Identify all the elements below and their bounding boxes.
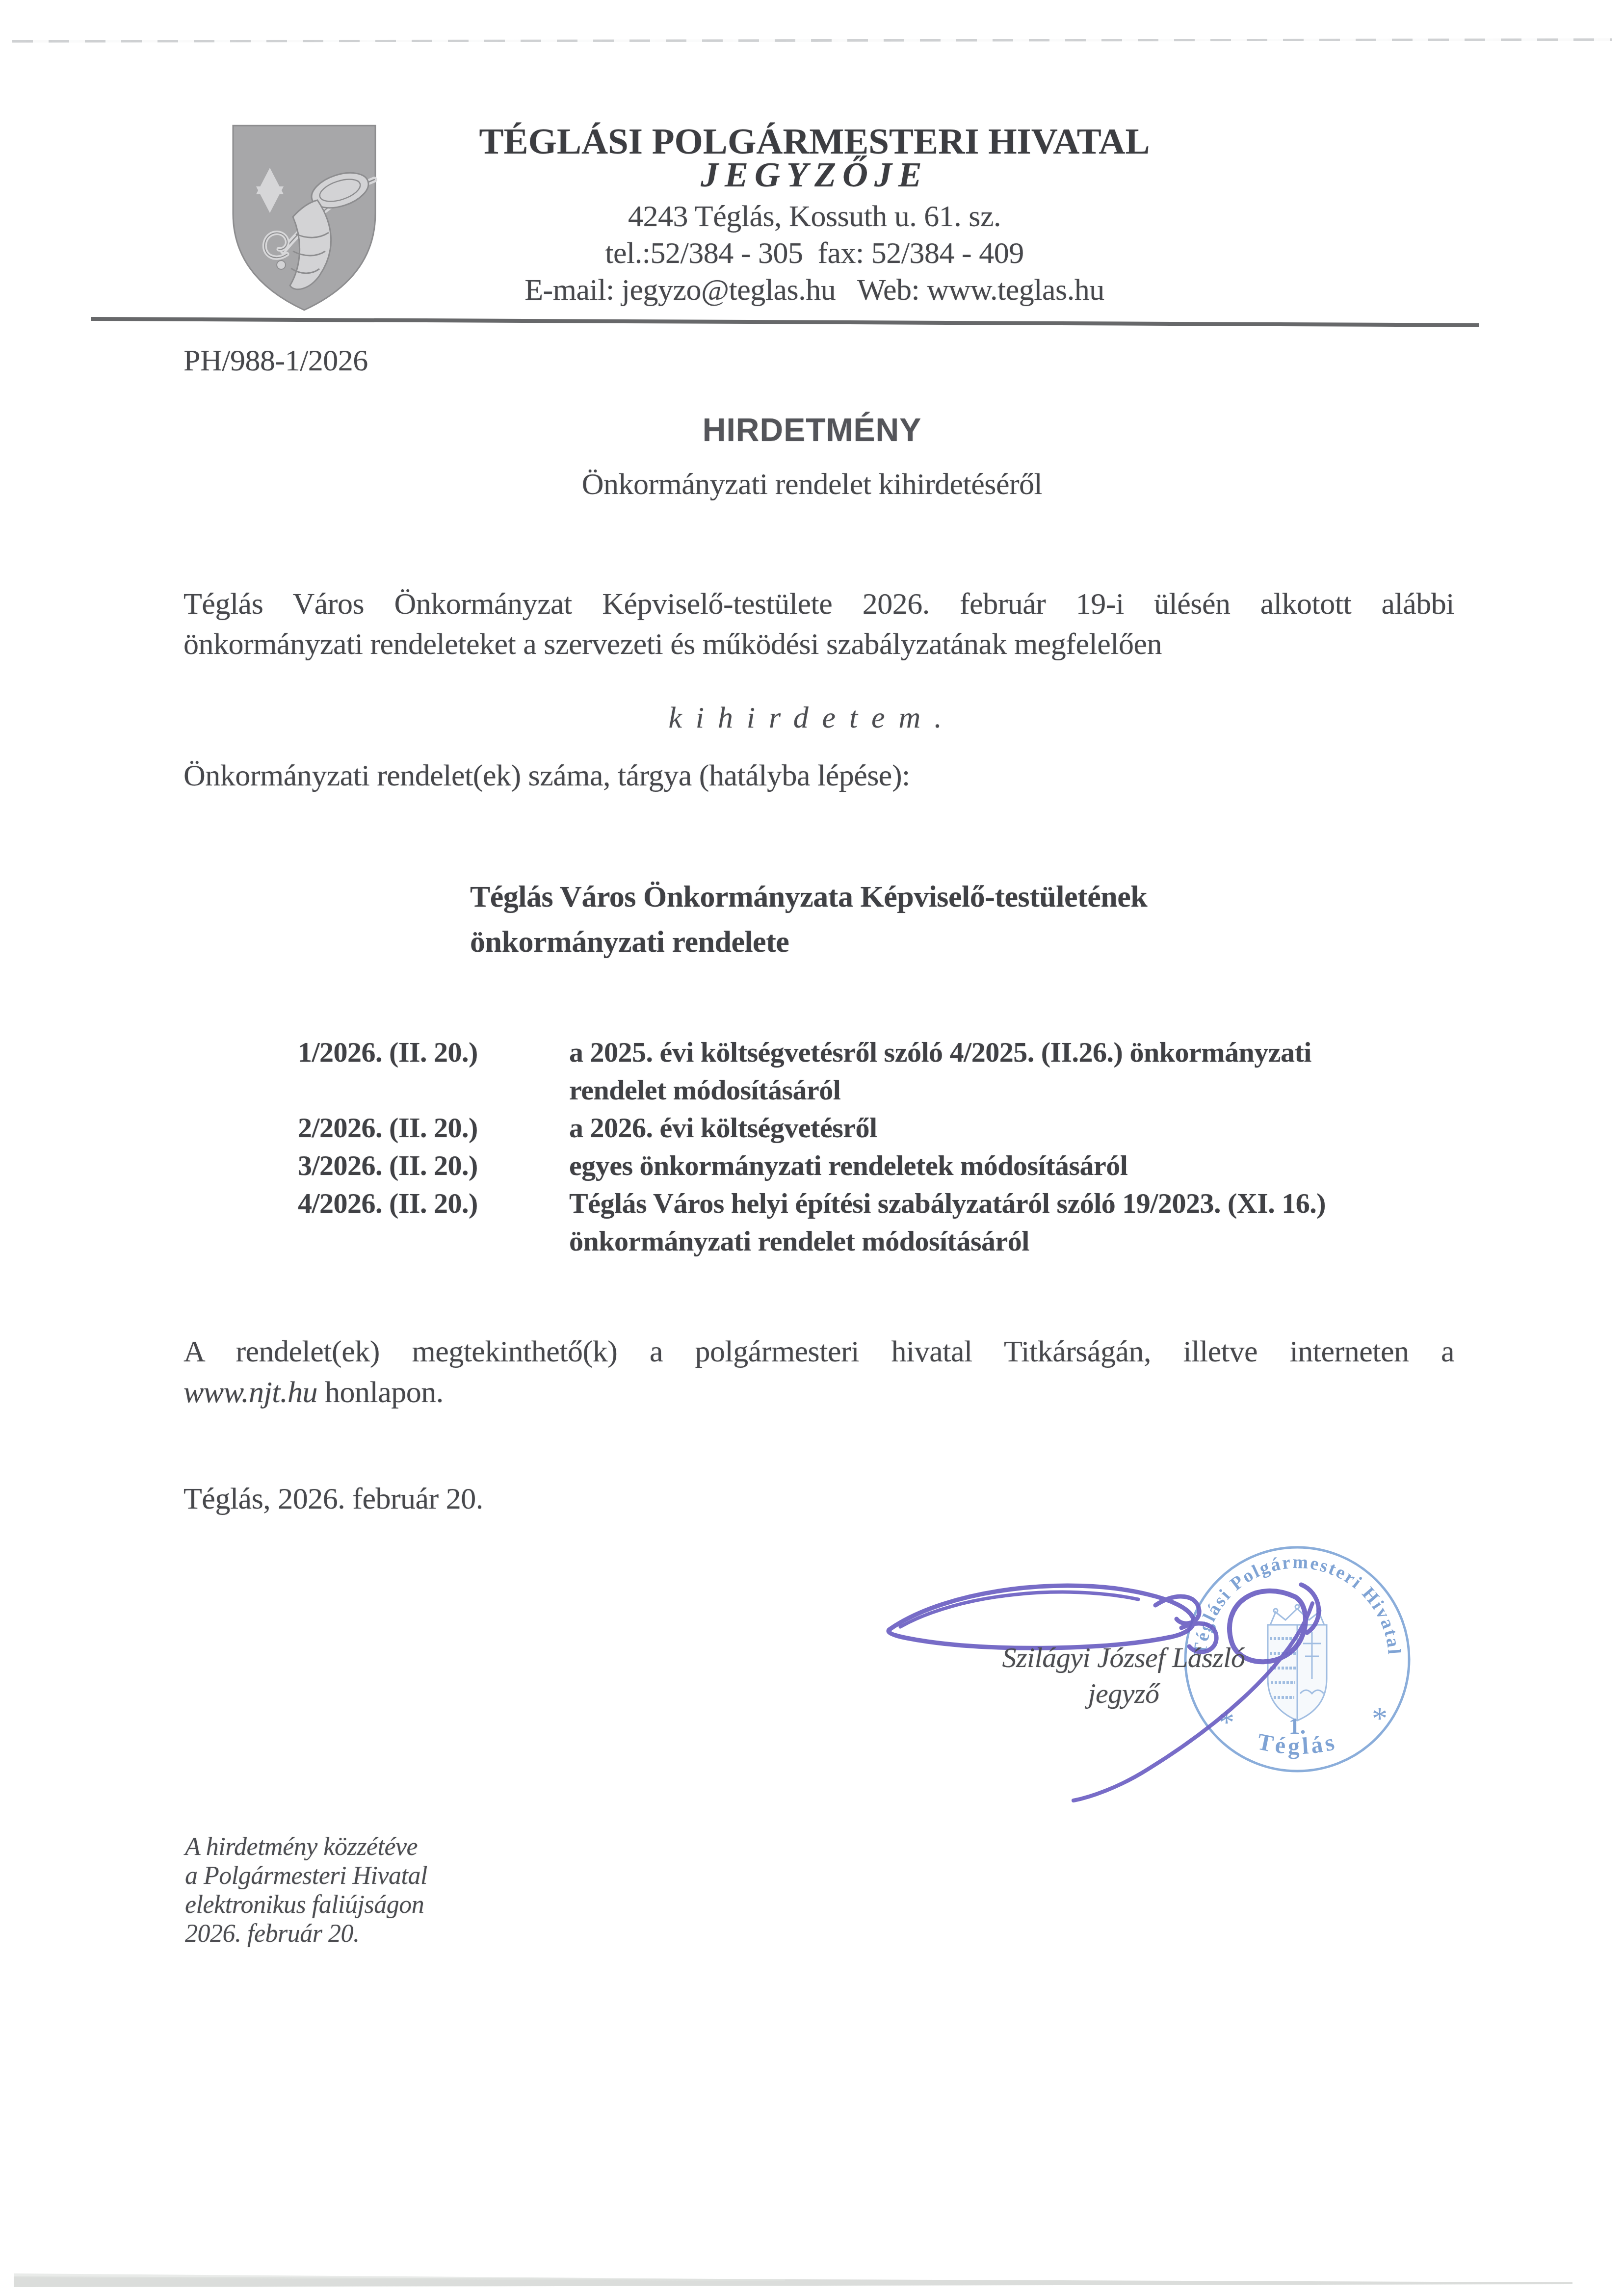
decree-number: 1/2026. (II. 20.) — [298, 1033, 569, 1071]
decree-heading-line-2: önkormányzati rendelete — [470, 919, 1147, 965]
decree-subject: a 2026. évi költségvetésről — [569, 1109, 1457, 1147]
decree-list-intro: Önkormányzati rendelet(ek) száma, tárgya… — [183, 758, 910, 793]
intro-paragraph: Téglás Város Önkormányzat Képviselő-test… — [183, 584, 1454, 664]
decree-heading: Téglás Város Önkormányzata Képviselő-tes… — [470, 874, 1147, 965]
availability-paragraph: A rendelet(ek) megtekinthető(k) a polgár… — [183, 1331, 1454, 1413]
scan-artifact-top — [12, 38, 1612, 42]
signer-title: jegyző — [908, 1677, 1339, 1710]
intro-line-2: önkormányzati rendeleteket a szervezeti … — [183, 624, 1454, 664]
scanned-document-page: TÉGLÁSI POLGÁRMESTERI HIVATAL JEGYZŐJE 4… — [0, 0, 1624, 2296]
njt-website-text: www.njt.hu — [183, 1376, 317, 1409]
decree-row: 1/2026. (II. 20.) a 2025. évi költségvet… — [298, 1033, 1457, 1109]
decree-number: 4/2026. (II. 20.) — [298, 1184, 569, 1222]
proclaim-word: kihirdetem. — [0, 701, 1624, 735]
scan-artifact-bottom — [0, 2257, 1624, 2296]
decree-number: 3/2026. (II. 20.) — [298, 1147, 569, 1184]
decree-heading-line-1: Téglás Város Önkormányzata Képviselő-tes… — [470, 874, 1147, 919]
decree-subject: egyes önkormányzati rendeletek módosítás… — [569, 1147, 1457, 1184]
decree-subject: Téglás Város helyi építési szabályzatáró… — [569, 1184, 1457, 1260]
intro-line-1: Téglás Város Önkormányzat Képviselő-test… — [183, 584, 1454, 624]
decree-number: 2/2026. (II. 20.) — [298, 1109, 569, 1147]
decree-row: 3/2026. (II. 20.) egyes önkormányzati re… — [298, 1147, 1457, 1184]
office-phone-fax: tel.:52/384 - 305 fax: 52/384 - 409 — [275, 236, 1354, 271]
decree-row: 4/2026. (II. 20.) Téglás Város helyi épí… — [298, 1184, 1457, 1260]
office-email-web: E-mail: jegyzo@teglas.hu Web: www.teglas… — [275, 273, 1354, 308]
availability-line-2: www.njt.hu honlapon. — [183, 1372, 1454, 1413]
decree-subject: a 2025. évi költségvetésről szóló 4/2025… — [569, 1033, 1457, 1109]
document-title: HIRDETMÉNY — [0, 411, 1624, 448]
publication-note: A hirdetmény közzétéve a Polgármesteri H… — [185, 1832, 627, 1948]
dateline: Téglás, 2026. február 20. — [183, 1482, 483, 1516]
decree-row: 2/2026. (II. 20.) a 2026. évi költségvet… — [298, 1109, 1457, 1147]
signer-name: Szilágyi József László — [908, 1641, 1339, 1674]
availability-line-2-rest: honlapon. — [317, 1376, 444, 1409]
availability-line-1: A rendelet(ek) megtekinthető(k) a polgár… — [183, 1331, 1454, 1372]
office-role: JEGYZŐJE — [275, 155, 1354, 195]
decree-list: 1/2026. (II. 20.) a 2025. évi költségvet… — [298, 1033, 1457, 1260]
header-divider — [91, 317, 1479, 327]
document-subtitle: Önkormányzati rendelet kihirdetéséről — [0, 467, 1624, 502]
reference-number: PH/988-1/2026 — [183, 343, 368, 378]
office-address: 4243 Téglás, Kossuth u. 61. sz. — [275, 199, 1354, 234]
